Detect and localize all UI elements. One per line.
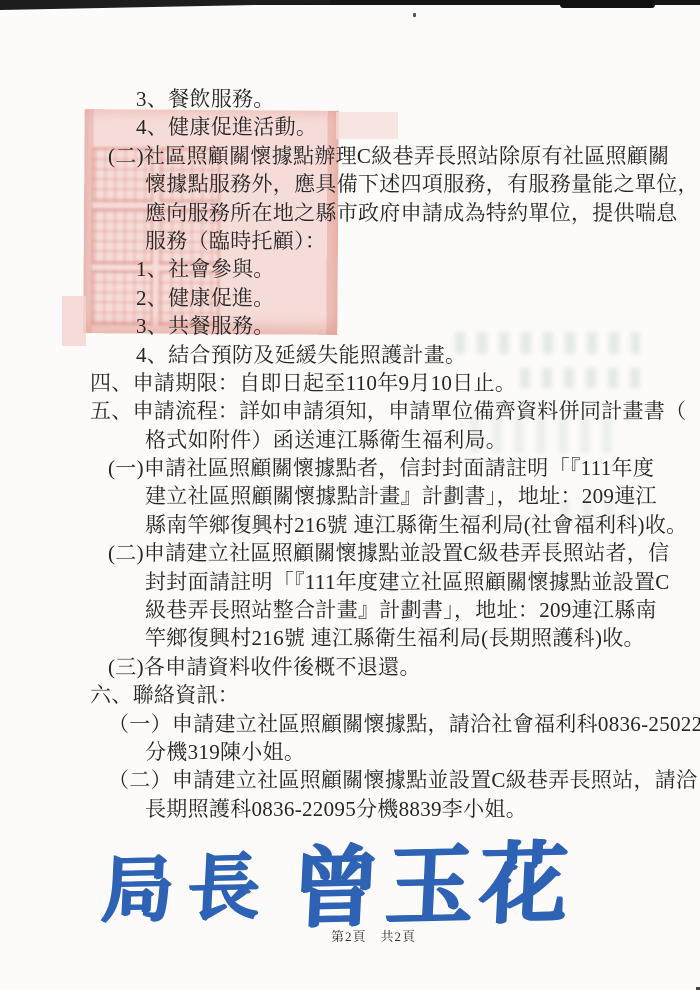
scan-edge-artifact: [0, 0, 330, 10]
official-seal-stamp-edge: [62, 296, 86, 346]
text-line: 3、餐飲服務。: [136, 85, 665, 113]
text-line: 分機319陳小姐。: [145, 738, 665, 766]
text-line: （一）申請建立社區照顧關懷據點，請洽社會福利科0836-25022: [108, 710, 665, 738]
text-line: 應向服務所在地之縣市政府申請成為特約單位，提供喘息: [145, 199, 665, 227]
text-line: 五、申請流程：詳如申請須知，申請單位備齊資料併同計畫書（: [90, 397, 665, 425]
document-body: 3、餐飲服務。 4、健康促進活動。 (二)社區照顧關懷據點辦理C級巷弄長照站除原…: [90, 85, 665, 823]
text-line: 4、健康促進活動。: [136, 113, 665, 141]
text-line: 封封面請註明「『111年度建立社區照顧關懷據點並設置C: [145, 568, 665, 596]
text-line: 建立社區照顧關懷據點計畫』計劃書」，地址：209連江: [145, 482, 665, 510]
text-line: 級巷弄長照站整合計畫』計劃書」，地址：209連江縣南: [145, 596, 665, 624]
signature-title: 局長: [100, 847, 276, 931]
text-line: 格式如附件）函送連江縣衛生福利局。: [145, 426, 665, 454]
text-line: (三)各申請資料收件後概不退還。: [108, 653, 665, 681]
scan-speck: [413, 13, 416, 17]
text-line: (二)申請建立社區照顧關懷據點並設置C級巷弄長照站者，信: [108, 539, 665, 567]
text-line: (一)申請社區照顧關懷據點者，信封封面請註明「『111年度: [108, 454, 665, 482]
signature-name: 曾玉花: [289, 836, 576, 939]
page-number-footer: 第2頁 共2頁: [331, 926, 416, 945]
text-line: 縣南竿鄉復興村216號 連江縣衛生福利局(社會福利科)收。: [145, 511, 665, 539]
text-line: 1、社會參與。: [136, 255, 665, 283]
text-line: 四、申請期限：自即日起至110年9月10日止。: [90, 369, 665, 397]
text-line: 3、共餐服務。: [136, 312, 665, 340]
text-line: 服務（臨時托顧）：: [145, 227, 665, 255]
scanned-document-page: 3、餐飲服務。 4、健康促進活動。 (二)社區照顧關懷據點辦理C級巷弄長照站除原…: [0, 0, 700, 990]
text-line: 六、聯絡資訊：: [90, 681, 665, 709]
text-line: （二）申請建立社區照顧關懷據點並設置C級巷弄長照站，請洽: [108, 766, 665, 794]
text-line: 竿鄉復興村216號 連江縣衛生福利局(長期照護科)收。: [145, 624, 665, 652]
text-line: (二)社區照顧關懷據點辦理C級巷弄長照站除原有社區照顧關: [108, 142, 665, 170]
text-line: 2、健康促進。: [136, 284, 665, 312]
scan-edge-artifact: [560, 0, 655, 8]
text-line: 4、結合預防及延緩失能照護計畫。: [136, 341, 665, 369]
text-line: 懷據點服務外，應具備下述四項服務，有服務量能之單位，: [145, 170, 665, 198]
